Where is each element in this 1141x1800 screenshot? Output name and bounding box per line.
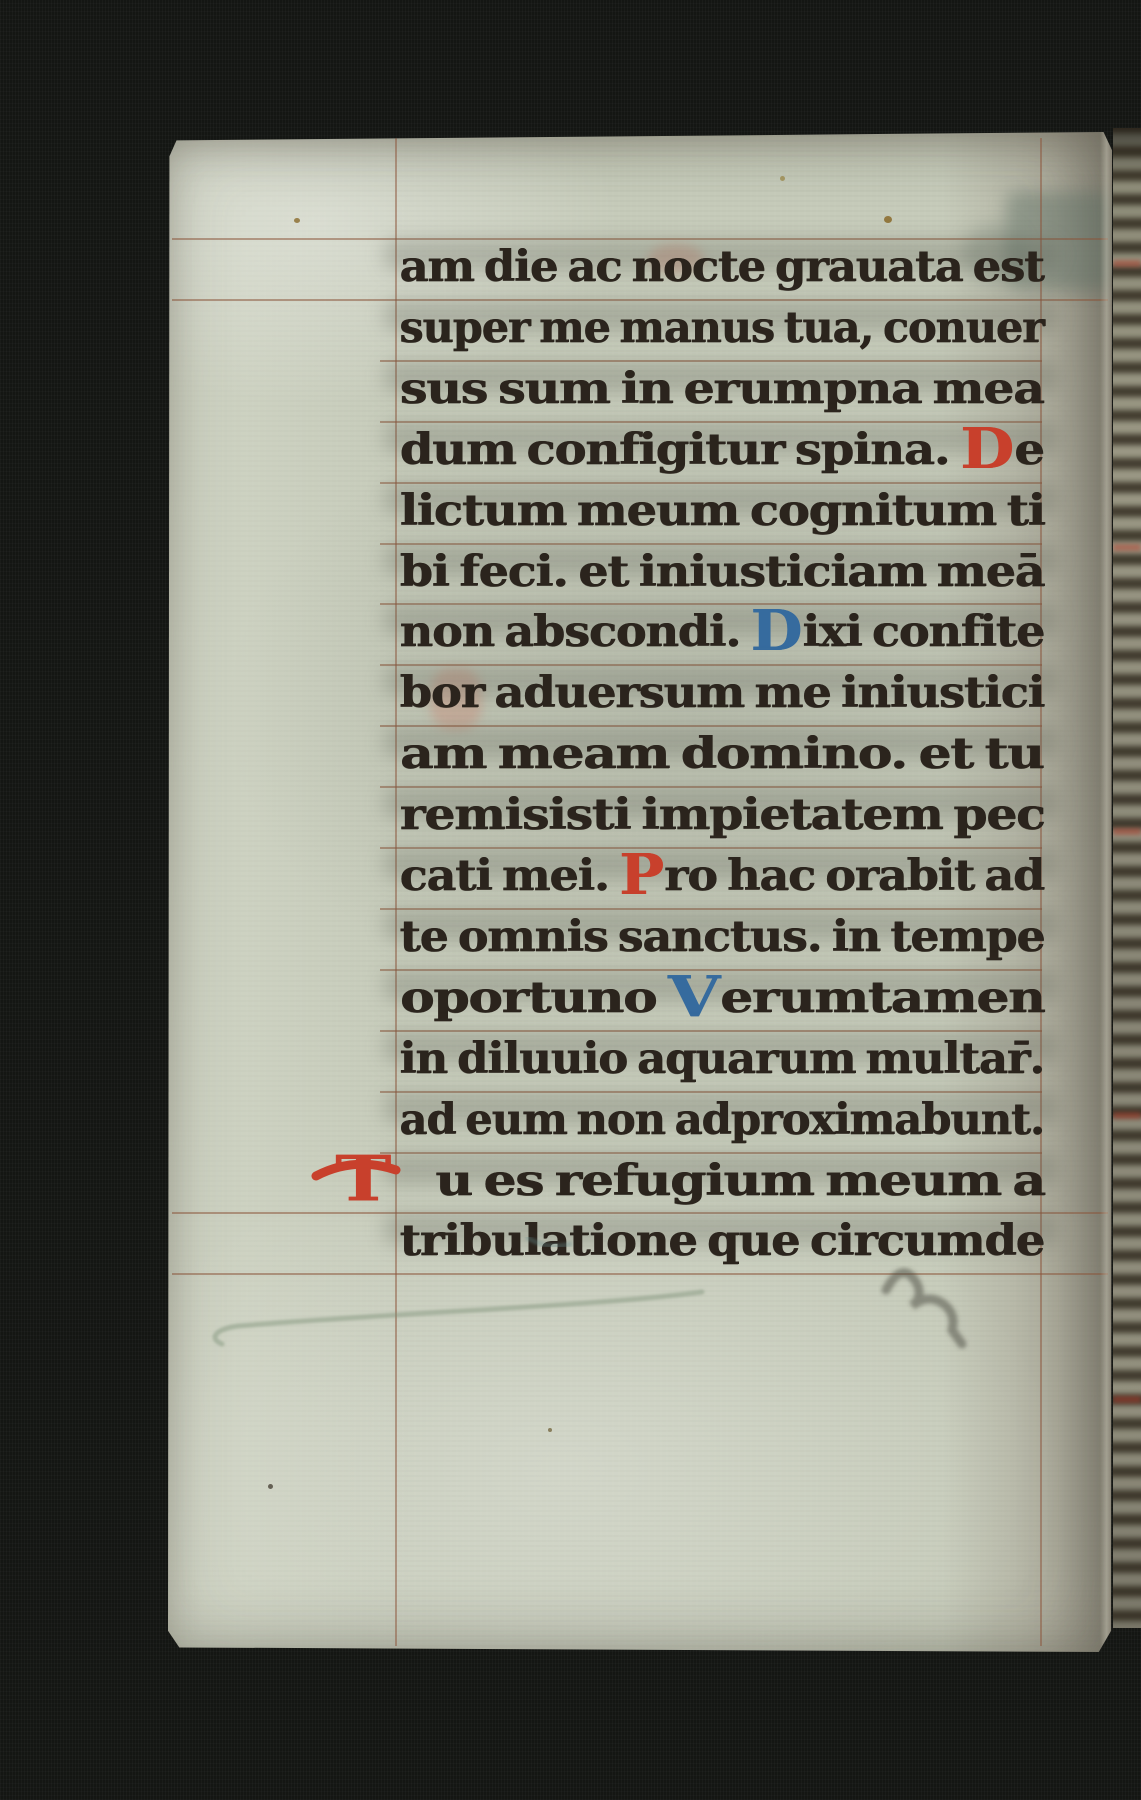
versal-initial: D [960,416,1014,482]
versal-initial: V [668,964,720,1030]
text-segment: lictum meum cognitum ti [400,485,1045,536]
text-segment: non abscondi. [399,606,750,657]
text-line: oportuno Verumtamen [396,969,1056,1030]
text-line: bi feci. et iniusticiam meā [396,543,1056,604]
text-line: tribulatione que circumde [396,1212,1056,1273]
text-segment: e [1014,424,1043,475]
text-segment: ixi confite [802,606,1044,657]
text-line-content: remisisti impietatem pec [396,783,1044,849]
text-segment: in diluuio aquarum multar̄. [399,1033,1043,1084]
text-line-content: ad eum non adproximabunt. [396,1087,1044,1153]
foxing-speck [780,176,785,181]
green-flourish [215,1292,702,1344]
adjacent-page-edge [1113,128,1141,1628]
text-segment: am die ac nocte grauata est [399,241,1043,292]
text-segment: erumtamen [720,972,1044,1023]
text-line-content: bor aduersum me iniustici [396,661,1044,727]
text-segment: bi feci. et iniusticiam meā [400,545,1045,596]
text-segment: sus sum in erumpna mea [400,363,1044,414]
text-line: in diluuio aquarum multar̄. [396,1030,1056,1091]
text-line: dum configitur spina. De [396,421,1056,482]
text-line-content: non abscondi. Dixi confite [396,600,1044,666]
text-line: bor aduersum me iniustici [396,664,1056,725]
text-line-content: super me manus tua, conuer [396,295,1044,361]
text-line-content: cati mei. Pro hac orabit ad [396,843,1044,909]
text-line-content: am die ac nocte grauata est [396,234,1044,300]
text-segment: ad eum non adproximabunt. [399,1094,1044,1145]
text-line: lictum meum cognitum ti [396,482,1056,543]
text-line-content: sus sum in erumpna mea [396,356,1044,422]
text-line: ad eum non adproximabunt. [396,1091,1056,1152]
text-segment: ro hac orabit ad [664,850,1044,901]
text-segment: bor aduersum me iniustici [399,667,1044,718]
text-line-content: bi feci. et iniusticiam meā [396,539,1044,605]
text-line: super me manus tua, conuer [396,299,1056,360]
photography-backdrop: am die ac nocte grauata estsuper me manu… [0,0,1141,1800]
pen-smudge [886,1273,962,1344]
text-line: Tu es refugium meum a [396,1152,1056,1213]
text-line: am die ac nocte grauata est [396,238,1056,299]
text-line-content: in diluuio aquarum multar̄. [396,1026,1044,1092]
text-segment: cati mei. [399,850,618,901]
text-line: te omnis sanctus. in tempe [396,908,1056,969]
versal-initial: D [750,599,802,665]
foxing-speck [884,216,892,223]
text-segment: super me manus tua, conuer [399,302,1043,353]
text-segment: u es refugium meum a [435,1154,1044,1205]
text-line-content: lictum meum cognitum ti [396,478,1045,544]
text-line: am meam domino. et tu [396,725,1056,786]
text-segment: oportuno [400,972,668,1023]
text-segment: tribulatione que circumde [399,1215,1043,1266]
text-line-content: Tu es refugium meum a [396,1148,1045,1214]
text-line-content: oportuno Verumtamen [396,965,1044,1031]
foxing-speck [548,1428,552,1432]
foxing-speck [268,1484,273,1489]
manuscript-page: am die ac nocte grauata estsuper me manu… [168,132,1112,1652]
text-line-content: te omnis sanctus. in tempe [396,904,1044,970]
text-segment: te omnis sanctus. in tempe [399,911,1044,962]
text-line: remisisti impietatem pec [396,786,1056,847]
text-line-content: tribulatione que circumde [396,1209,1044,1275]
text-line-content: am meam domino. et tu [396,722,1043,788]
text-segment: am meam domino. et tu [400,728,1044,779]
margin-initial: T [335,1142,391,1215]
text-line: non abscondi. Dixi confite [396,603,1056,664]
versal-initial: P [619,842,664,908]
text-segment: dum configitur spina. [400,424,960,475]
foxing-speck [294,218,300,223]
text-line: cati mei. Pro hac orabit ad [396,847,1056,908]
text-line-content: dum configitur spina. De [396,417,1044,483]
text-segment: remisisti impietatem pec [400,789,1045,840]
text-line: sus sum in erumpna mea [396,360,1056,421]
